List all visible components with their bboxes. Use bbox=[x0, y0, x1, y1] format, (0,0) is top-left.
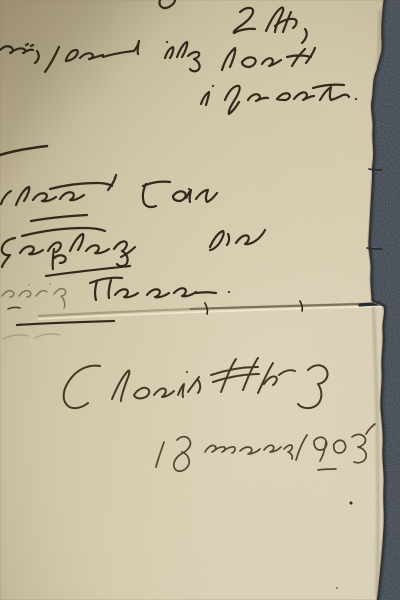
manuscript-scene bbox=[0, 0, 400, 600]
paper-corner-shade bbox=[0, 0, 220, 200]
paper-sheet bbox=[0, 0, 400, 600]
manuscript-photo: Photograph of the last page of a handwri… bbox=[0, 0, 400, 600]
